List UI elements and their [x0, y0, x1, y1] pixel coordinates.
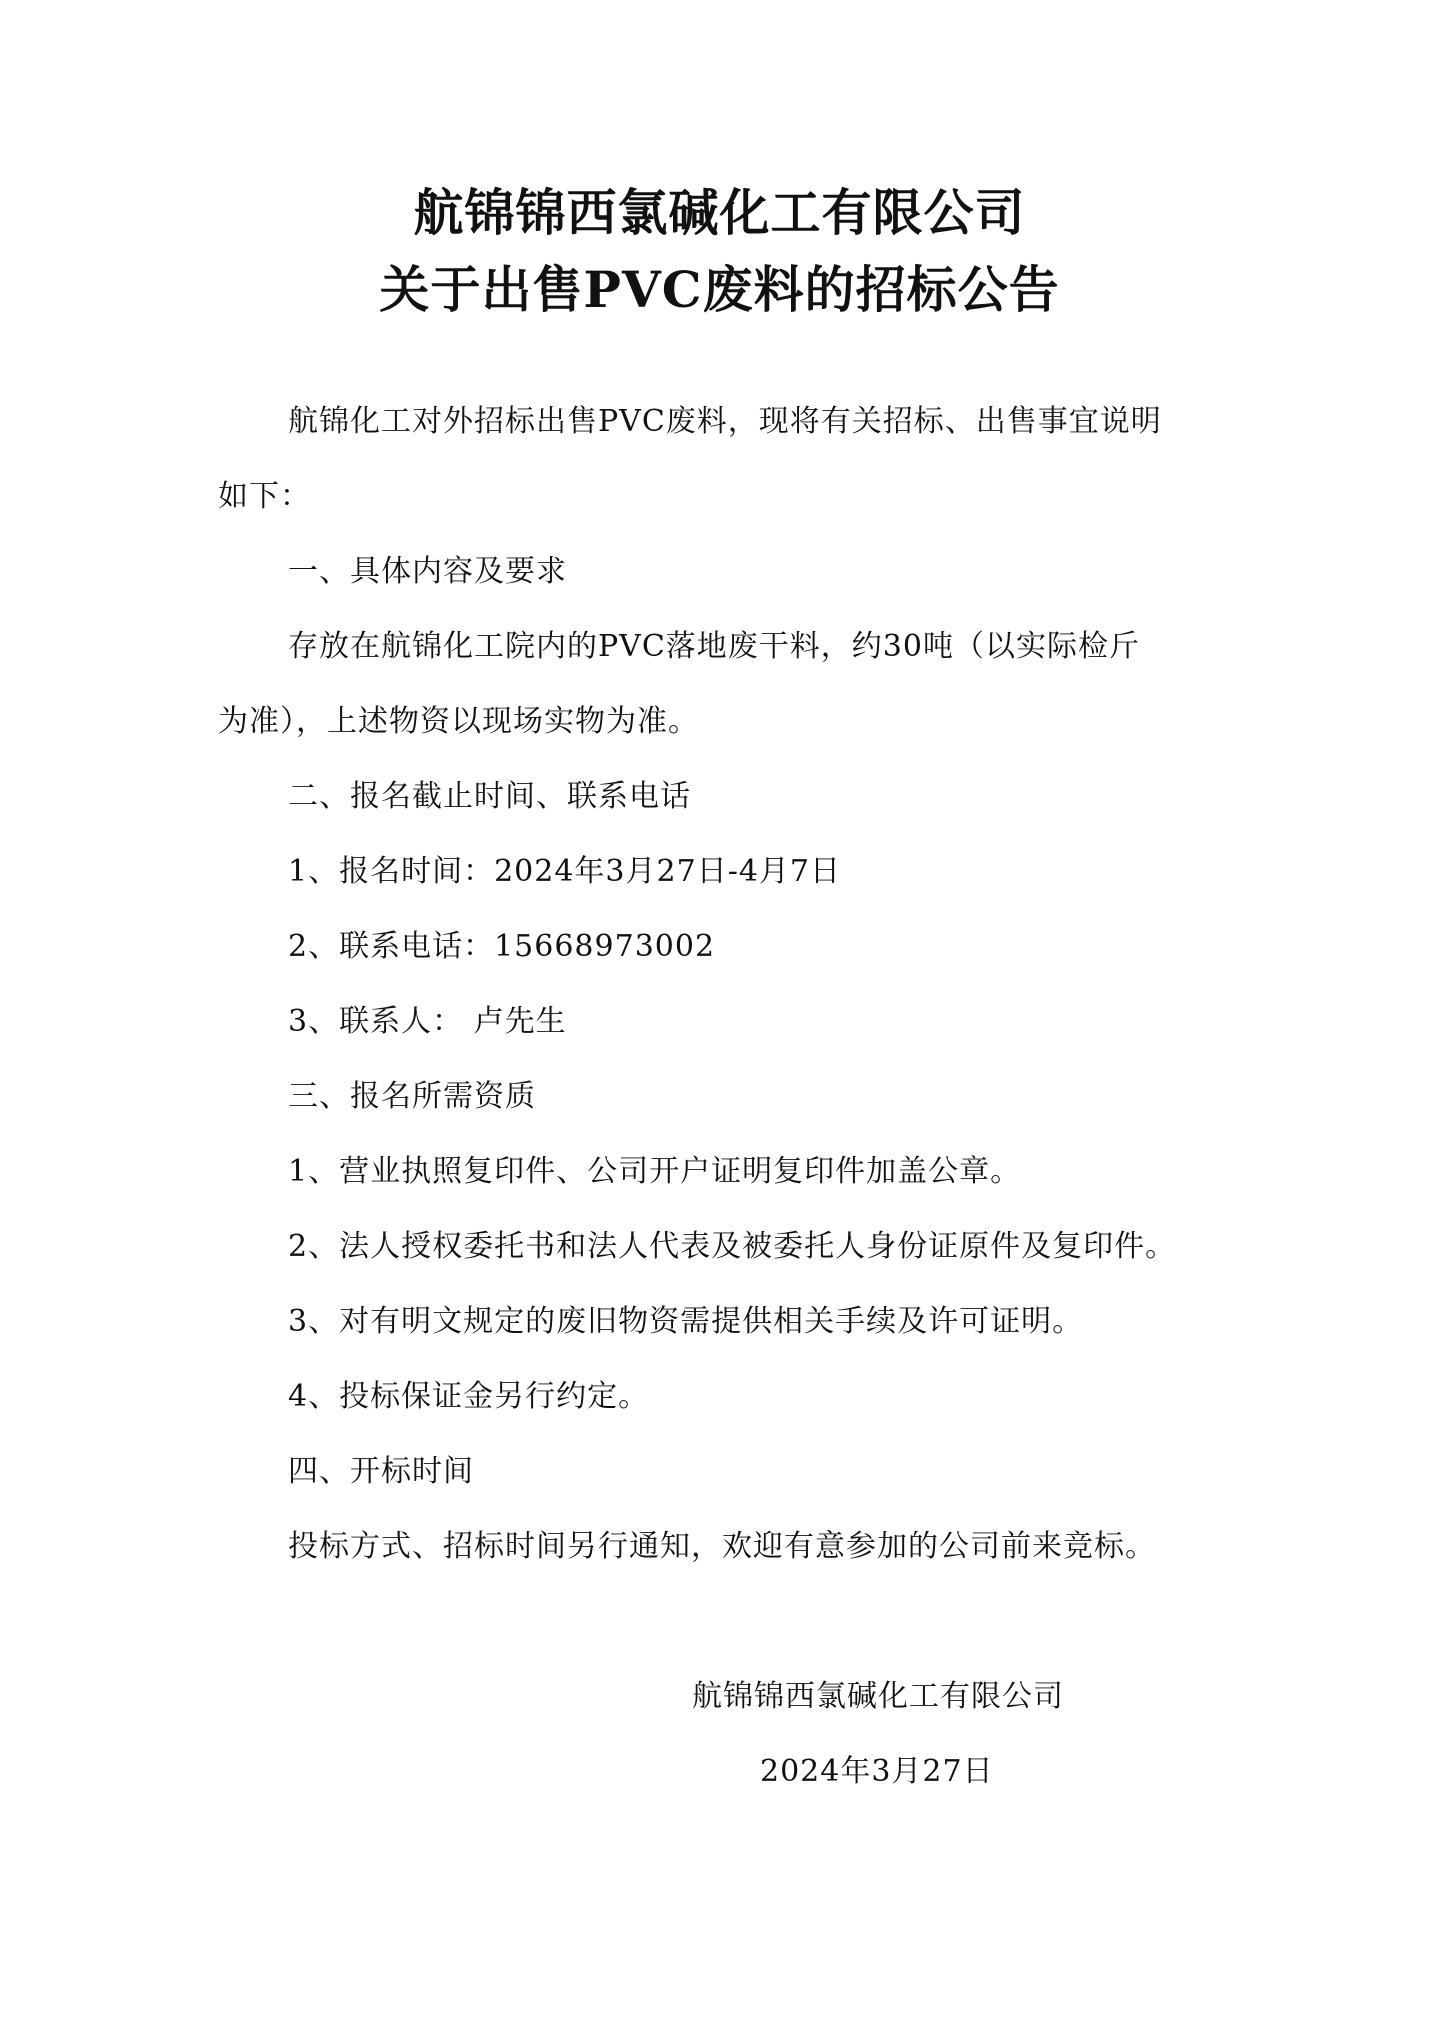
section-4-line-1: 投标方式、招标时间另行通知，欢迎有意参加的公司前来竞标。	[288, 1527, 1156, 1567]
qualification-item-2: 2、法人授权委托书和法人代表及被委托人身份证原件及复印件。	[288, 1227, 1176, 1267]
document-title-line-1: 航锦锦西氯碱化工有限公司	[0, 183, 1439, 243]
section-heading-1: 一、具体内容及要求	[288, 552, 567, 592]
intro-paragraph-line-2: 如下：	[218, 477, 311, 517]
signature-company: 航锦锦西氯碱化工有限公司	[692, 1677, 1064, 1717]
qualification-item-3: 3、对有明文规定的废旧物资需提供相关手续及许可证明。	[288, 1302, 1083, 1342]
contact-phone: 2、联系电话：15668973002	[288, 927, 715, 967]
registration-time: 1、报名时间：2024年3月27日-4月7日	[288, 852, 841, 892]
section-heading-2: 二、报名截止时间、联系电话	[288, 777, 691, 817]
section-heading-3: 三、报名所需资质	[288, 1077, 536, 1117]
section-1-line-1: 存放在航锦化工院内的PVC落地废干料，约30吨（以实际检斤	[288, 627, 1140, 667]
qualification-item-4: 4、投标保证金另行约定。	[288, 1377, 649, 1417]
contact-person: 3、联系人： 卢先生	[288, 1002, 567, 1042]
section-heading-4: 四、开标时间	[288, 1452, 474, 1492]
section-1-line-2: 为准），上述物资以现场实物为准。	[218, 702, 699, 742]
document-page: 航锦锦西氯碱化工有限公司 关于出售PVC废料的招标公告 航锦化工对外招标出售PV…	[0, 0, 1439, 2035]
qualification-item-1: 1、营业执照复印件、公司开户证明复印件加盖公章。	[288, 1152, 1021, 1192]
document-title-line-2: 关于出售PVC废料的招标公告	[0, 260, 1439, 320]
intro-paragraph-line-1: 航锦化工对外招标出售PVC废料，现将有关招标、出售事宜说明	[288, 402, 1162, 442]
signature-date: 2024年3月27日	[760, 1752, 994, 1792]
